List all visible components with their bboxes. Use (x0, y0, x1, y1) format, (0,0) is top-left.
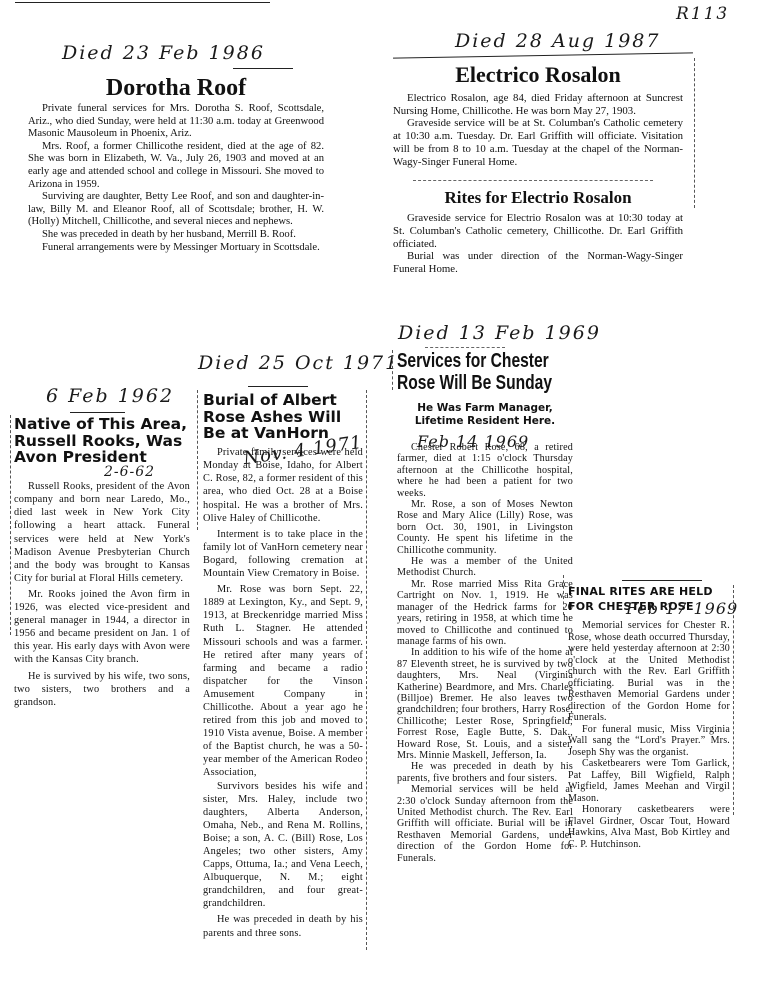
subheadline: He Was Farm Manager, Lifetime Resident H… (397, 402, 573, 428)
paragraph: Surviving are daughter, Betty Lee Roof, … (28, 191, 324, 229)
paragraph: For funeral music, Miss Virginia Wall sa… (568, 724, 730, 759)
paragraph: Casketbearers were Tom Garlick, Pat Laff… (568, 758, 730, 804)
obituary-russell-rooks: Native of This Area, Russell Rooks, Was … (14, 416, 190, 709)
obituary-electrico-rosalon: Electrico Rosalon Electrico Rosalon, age… (393, 62, 683, 276)
divider (248, 386, 308, 387)
handwritten-date: Died 13 Feb 1969 (398, 322, 601, 344)
paragraph: He was preceded in death by his parents … (203, 913, 363, 939)
paragraph: Funeral arrangements were by Messinger M… (28, 242, 324, 255)
paragraph: Mrs. Roof, a former Chillicothe resident… (28, 141, 324, 191)
headline: Services for Chester Rose Will Be Sunday (397, 350, 569, 394)
paragraph: Private funeral services for Mrs. Doroth… (28, 103, 324, 141)
divider (622, 580, 702, 581)
handwritten-date: Died 25 Oct 1971 (198, 352, 399, 374)
paragraph: Honorary casketbearers were Flavel Girdn… (568, 804, 730, 850)
headline: Dorotha Roof (28, 74, 324, 102)
divider (233, 68, 293, 69)
clip-edge (10, 415, 12, 635)
divider (425, 347, 505, 349)
paragraph: He is survived by his wife, two sons, tw… (14, 670, 190, 709)
page-reference: R113 (676, 4, 729, 24)
divider (15, 2, 270, 3)
paragraph: Graveside service for Electrio Rosalon w… (393, 212, 683, 250)
paragraph: Graveside service will be at St. Columba… (393, 117, 683, 168)
paragraph: Mr. Rose, a son of Moses Newton Rose and… (397, 499, 573, 556)
handwritten-date: 6 Feb 1962 (46, 385, 174, 407)
paragraph: Memorial services for Chester R. Rose, w… (568, 620, 730, 724)
obituary-dorotha-roof: Dorotha Roof Private funeral services fo… (28, 74, 324, 254)
clip-edge (563, 575, 565, 615)
handwritten-date: Died 23 Feb 1986 (62, 42, 265, 64)
paragraph: Electrico Rosalon, age 84, died Friday a… (393, 92, 683, 117)
paragraph: Mr. Rose was born Sept. 22, 1889 at Lexi… (203, 583, 363, 779)
paragraph: Mr. Rose married Miss Rita Grace Cartrig… (397, 579, 573, 647)
headline: Native of This Area, Russell Rooks, Was … (14, 416, 190, 466)
clip-edge (733, 585, 735, 815)
clip-edge (694, 58, 696, 208)
paragraph: She was preceded in death by her husband… (28, 229, 324, 242)
headline: Electrico Rosalon (393, 62, 683, 88)
handwritten-note: Feb 17 1969 (626, 599, 738, 618)
divider (393, 52, 693, 58)
obituary-chester-rose: Services for Chester Rose Will Be Sunday… (397, 350, 573, 864)
obituary-albert-rose: Burial of Albert Rose Ashes Will Be at V… (203, 392, 363, 940)
paragraph: Russell Rooks, president of the Avon com… (14, 480, 190, 585)
divider (413, 180, 653, 182)
obituary-final-rites: FINAL RITES ARE HELD FOR CHESTER ROSE Fe… (568, 584, 730, 850)
paragraph: Interment is to take place in the family… (203, 528, 363, 580)
paragraph: He was a member of the United Methodist … (397, 556, 573, 579)
clip-edge (366, 390, 368, 950)
paragraph: Memorial services will be held at 2:30 o… (397, 784, 573, 864)
paragraph: Burial was under direction of the Norman… (393, 250, 683, 275)
handwritten-note: Feb 14 1969 (417, 432, 529, 451)
followup-headline: Rites for Electrio Rosalon (393, 188, 683, 208)
paragraph: Mr. Rooks joined the Avon firm in 1926, … (14, 588, 190, 667)
handwritten-date: Died 28 Aug 1987 (455, 30, 661, 52)
divider (70, 412, 125, 413)
paragraph: In addition to his wife of the home at 8… (397, 647, 573, 761)
paragraph: He was preceded in death by his parents,… (397, 761, 573, 784)
clip-edge (197, 390, 199, 530)
clip-edge (392, 350, 394, 390)
paragraph: Survivors besides his wife and sister, M… (203, 780, 363, 911)
